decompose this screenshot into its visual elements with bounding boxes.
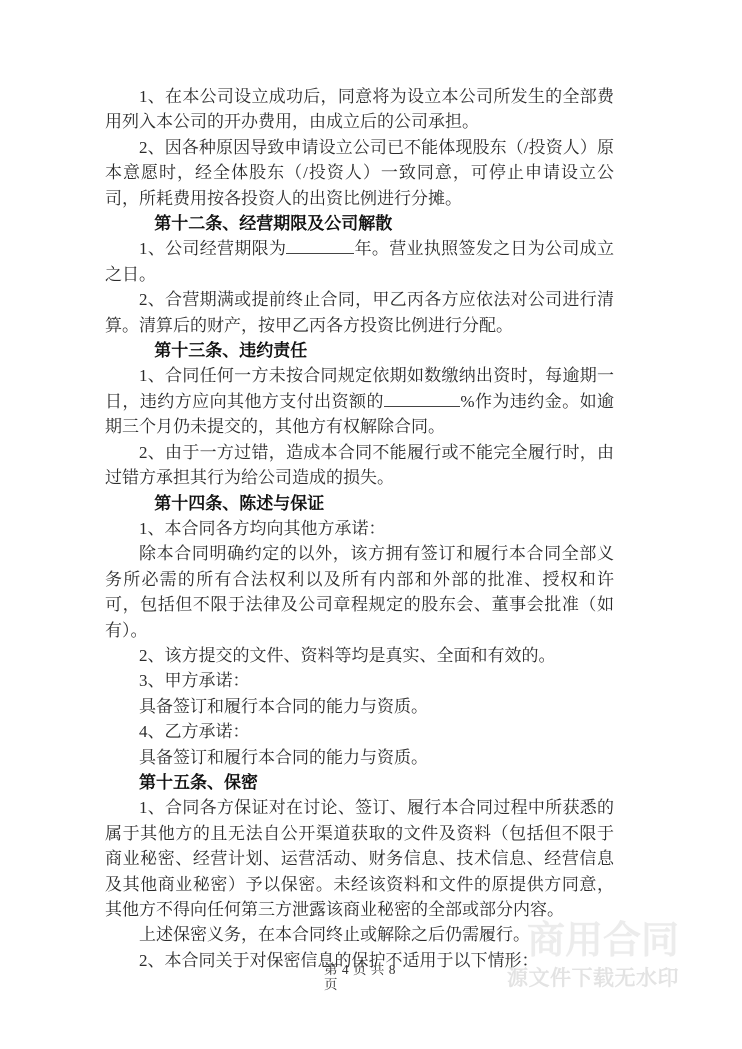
paragraph: 具备签订和履行本合同的能力与资质。: [105, 694, 614, 719]
paragraph: 1、在本公司设立成功后，同意将为设立本公司所发生的全部费用列入本公司的开办费用，…: [105, 84, 614, 135]
paragraph-text: 第十三条、违约责任: [154, 341, 307, 360]
paragraph: 3、甲方承诺：: [105, 668, 614, 693]
paragraph-text: 1、合同各方保证对在讨论、签订、履行本合同过程中所获悉的属于其他方的且无法自公开…: [105, 798, 614, 919]
page-number-line2: 页: [324, 977, 396, 992]
document-body: 1、在本公司设立成功后，同意将为设立本公司所发生的全部费用列入本公司的开办费用，…: [105, 84, 614, 973]
paragraph-text: 上述保密义务，在本合同终止或解除之后仍需履行。: [139, 925, 530, 944]
paragraph-text: 1、本合同各方均向其他方承诺：: [139, 519, 386, 538]
paragraph-text: 3、甲方承诺：: [139, 671, 250, 690]
paragraph-text: 除本合同明确约定的以外，该方拥有签订和履行本合同全部义务所必需的所有合法权利以及…: [105, 544, 614, 639]
paragraph-text: 2、由于一方过错，造成本合同不能履行或不能完全履行时，由过错方承担其行为给公司造…: [105, 443, 614, 487]
paragraph: 1、合同任何一方未按合同规定依期如数缴纳出资时，每逾期一日，违约方应向其他方支付…: [105, 363, 614, 439]
paragraph: 1、公司经营期限为年。营业执照签发之日为公司成立之日。: [105, 236, 614, 287]
fill-in-blank: [286, 236, 354, 254]
paragraph: 1、合同各方保证对在讨论、签订、履行本合同过程中所获悉的属于其他方的且无法自公开…: [105, 795, 614, 922]
paragraph-text: 第十五条、保密: [139, 773, 258, 792]
paragraph: 2、因各种原因导致申请设立公司已不能体现股东（/投资人）原本意愿时，经全体股东（…: [105, 135, 614, 211]
section-heading: 第十三条、违约责任: [105, 338, 614, 363]
paragraph-text: 第十二条、经营期限及公司解散: [154, 214, 392, 233]
section-heading: 第十五条、保密: [105, 770, 614, 795]
paragraph: 2、合营期满或提前终止合同，甲乙丙各方应依法对公司进行清算。清算后的财产，按甲乙…: [105, 287, 614, 338]
paragraph-text: 具备签订和履行本合同的能力与资质。: [139, 748, 428, 767]
paragraph: 除本合同明确约定的以外，该方拥有签订和履行本合同全部义务所必需的所有合法权利以及…: [105, 541, 614, 643]
paragraph-text: 1、公司经营期限为: [139, 239, 286, 258]
paragraph: 1、本合同各方均向其他方承诺：: [105, 516, 614, 541]
paragraph: 上述保密义务，在本合同终止或解除之后仍需履行。: [105, 922, 614, 947]
section-heading: 第十四条、陈述与保证: [105, 491, 614, 516]
paragraph: 2、由于一方过错，造成本合同不能履行或不能完全履行时，由过错方承担其行为给公司造…: [105, 440, 614, 491]
paragraph: 具备签订和履行本合同的能力与资质。: [105, 745, 614, 770]
paragraph-text: 2、因各种原因导致申请设立公司已不能体现股东（/投资人）原本意愿时，经全体股东（…: [105, 138, 614, 208]
contract-page: 商用合同 源文件下载无水印 1、在本公司设立成功后，同意将为设立本公司所发生的全…: [0, 0, 742, 1049]
fill-in-blank: [384, 389, 461, 407]
paragraph-text: 第十四条、陈述与保证: [154, 494, 324, 513]
paragraph-text: 2、该方提交的文件、资料等均是真实、全面和有效的。: [139, 646, 556, 665]
paragraph: 4、乙方承诺：: [105, 719, 614, 744]
paragraph-text: 4、乙方承诺：: [139, 722, 250, 741]
page-footer: 第 4 页 共 8 页: [324, 962, 396, 992]
paragraph-text: 2、合营期满或提前终止合同，甲乙丙各方应依法对公司进行清算。清算后的财产，按甲乙…: [105, 290, 614, 334]
paragraph-text: 1、在本公司设立成功后，同意将为设立本公司所发生的全部费用列入本公司的开办费用，…: [105, 87, 614, 131]
paragraph-text: 具备签订和履行本合同的能力与资质。: [139, 697, 428, 716]
page-number-line1: 第 4 页 共 8: [324, 962, 396, 977]
section-heading: 第十二条、经营期限及公司解散: [105, 211, 614, 236]
paragraph: 2、该方提交的文件、资料等均是真实、全面和有效的。: [105, 643, 614, 668]
